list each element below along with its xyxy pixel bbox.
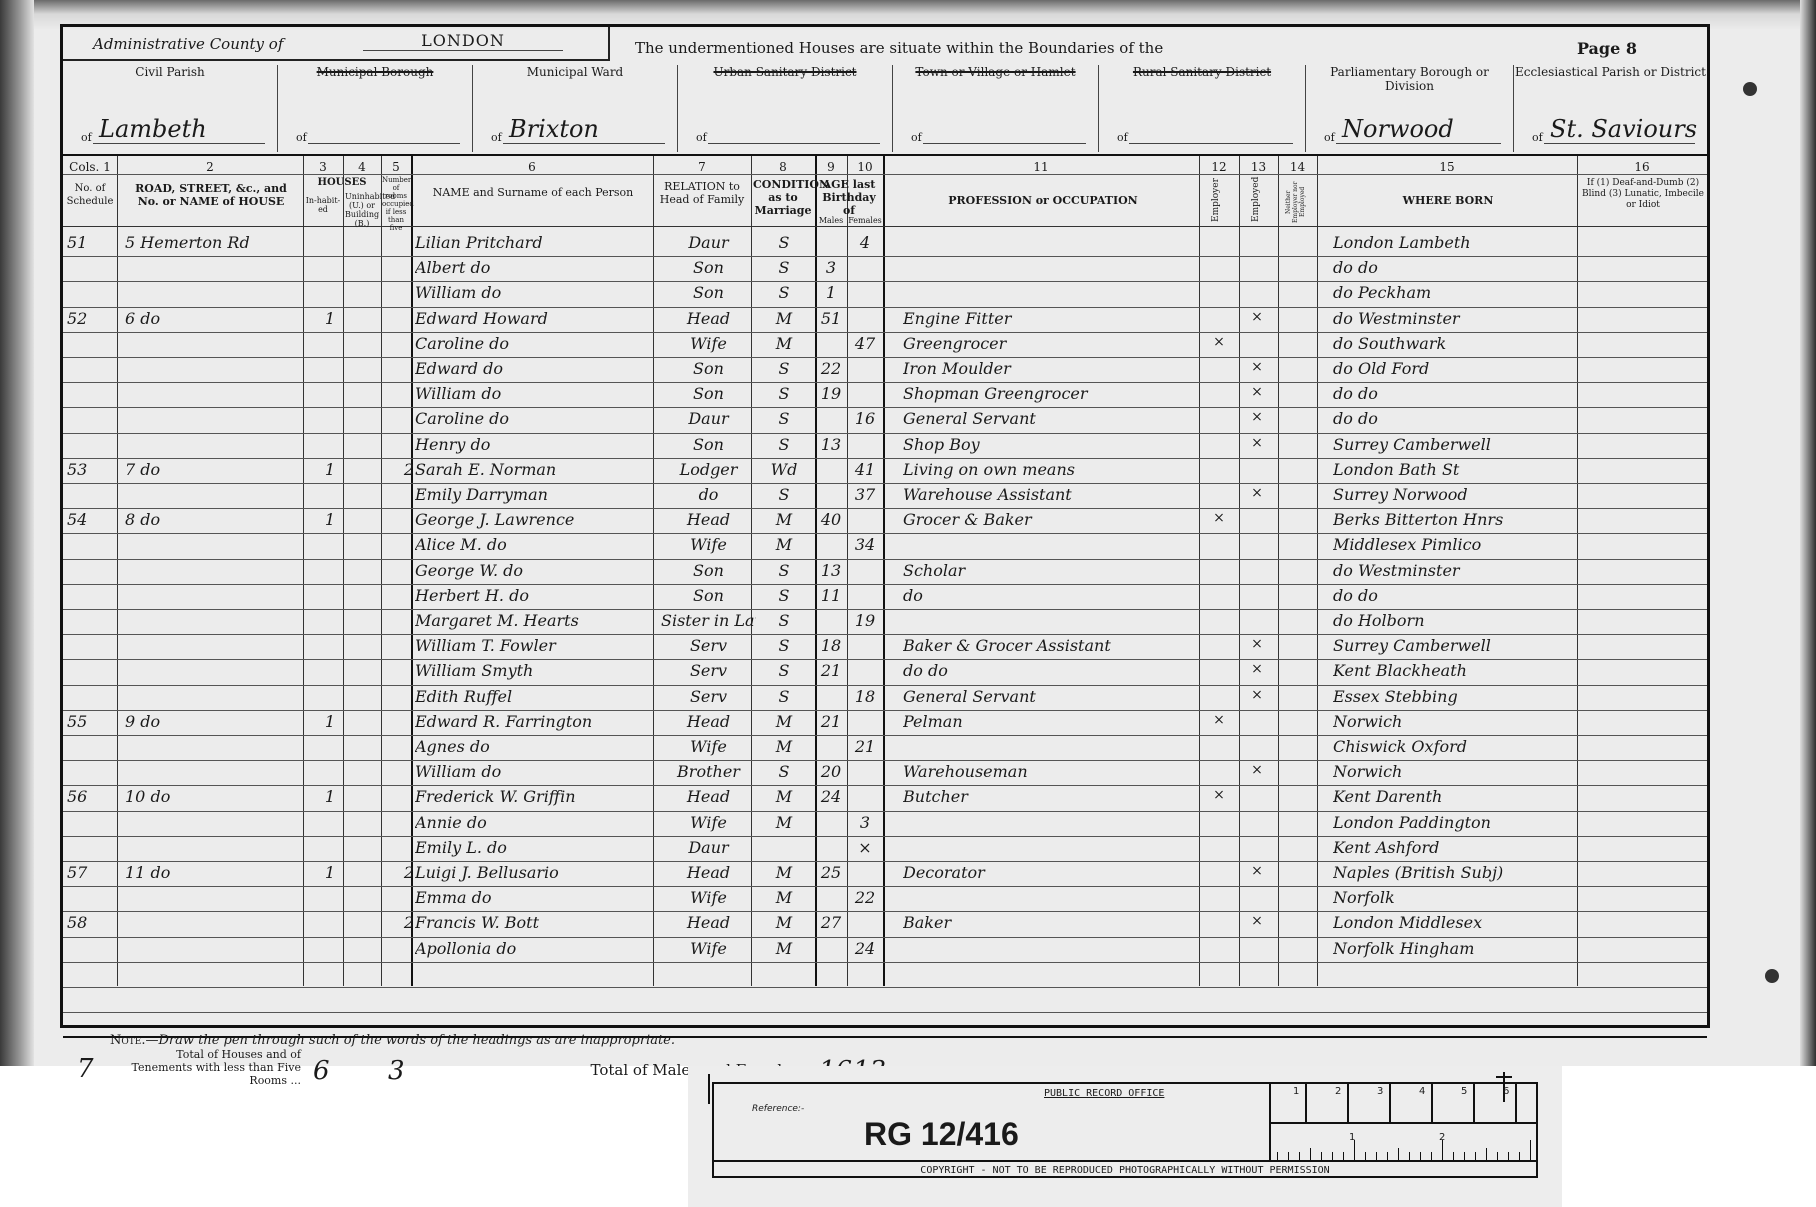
- copyright-notice: COPYRIGHT - NOT TO BE REPRODUCED PHOTOGR…: [714, 1160, 1536, 1180]
- schedule-number: 51: [67, 233, 113, 252]
- relation: Wife: [661, 334, 756, 353]
- header-rooms: Number of rooms occupied if less than fi…: [382, 176, 410, 232]
- census-table: Cols. 1 2 3 4 5 6 7 8 9 10 11 12 13 14 1…: [63, 154, 1707, 986]
- occupation: Shopman Greengrocer: [903, 384, 1203, 403]
- where-born: Norwich: [1333, 762, 1593, 781]
- age-male: 51: [815, 309, 847, 328]
- header-where-born: WHERE BORN: [1333, 194, 1563, 207]
- age-male: 22: [815, 359, 847, 378]
- occupation: do do: [903, 661, 1203, 680]
- table-row: 548 do1George J. LawrenceHeadM40Grocer &…: [63, 508, 1707, 533]
- scale-label: 2: [1335, 1086, 1341, 1097]
- reference-card: PUBLIC RECORD OFFICE Reference:- RG 12/4…: [688, 1066, 1562, 1207]
- occupation: Iron Moulder: [903, 359, 1203, 378]
- header-females: Females: [847, 216, 883, 225]
- table-row: Margaret M. HeartsSister in LawS19do Hol…: [63, 609, 1707, 634]
- schedule-number: 53: [67, 460, 113, 479]
- boundaries-text: The undermentioned Houses are situate wi…: [635, 39, 1163, 57]
- schedule-number: 54: [67, 510, 113, 529]
- table-row: Herbert H. doSonS11dodo do: [63, 584, 1707, 609]
- relation: Son: [661, 586, 756, 605]
- table-row: 5610 do1Frederick W. GriffinHeadM24Butch…: [63, 785, 1707, 810]
- relation: Head: [661, 913, 756, 932]
- age-female: 22: [849, 888, 881, 907]
- person-name: Edward do: [415, 359, 650, 378]
- table-row: 526 do1Edward HowardHeadM51Engine Fitter…: [63, 307, 1707, 332]
- person-name: Edward R. Farrington: [415, 712, 650, 731]
- table-row: 5711 do12Luigi J. BellusarioHeadM25Decor…: [63, 861, 1707, 886]
- where-born: do Old Ford: [1333, 359, 1593, 378]
- marital-condition: M: [753, 334, 815, 353]
- relation: Sister in Law: [661, 611, 756, 630]
- district-municipal-borough: Municipal Borough of: [278, 65, 473, 152]
- age-female: 21: [849, 737, 881, 756]
- age-male: 19: [815, 384, 847, 403]
- person-name: William do: [415, 283, 650, 302]
- employed-mark: ×: [1241, 409, 1273, 425]
- marital-condition: S: [753, 636, 815, 655]
- scale-label: 3: [1377, 1086, 1383, 1097]
- employed-mark: ×: [1241, 485, 1273, 501]
- occupation: Pelman: [903, 712, 1203, 731]
- road-address: 6 do: [125, 309, 305, 328]
- where-born: do do: [1333, 384, 1593, 403]
- census-form: Administrative County of LONDON The unde…: [60, 24, 1710, 1028]
- relation: Head: [661, 863, 756, 882]
- occupation: Shop Boy: [903, 435, 1203, 454]
- road-address: 8 do: [125, 510, 305, 529]
- header-houses: HOUSES: [303, 176, 381, 189]
- header-employer: Employer: [1211, 182, 1221, 222]
- marital-condition: S: [753, 586, 815, 605]
- schedule-number: 57: [67, 863, 113, 882]
- marital-condition: S: [753, 258, 815, 277]
- person-name: Herbert H. do: [415, 586, 650, 605]
- marital-condition: M: [753, 813, 815, 832]
- where-born: Berks Bitterton Hnrs: [1333, 510, 1593, 529]
- relation: Daur: [661, 838, 756, 857]
- where-born: do do: [1333, 258, 1593, 277]
- county-box: Administrative County of LONDON: [63, 27, 610, 61]
- district-value: St. Saviours: [1544, 115, 1695, 144]
- relation: Daur: [661, 233, 756, 252]
- road-address: 5 Hemerton Rd: [125, 233, 305, 252]
- table-row: William doSonS19Shopman Greengrocer×do d…: [63, 382, 1707, 407]
- occupation: Scholar: [903, 561, 1203, 580]
- relation: Son: [661, 283, 756, 302]
- person-name: George W. do: [415, 561, 650, 580]
- employed-mark: ×: [1241, 359, 1273, 375]
- where-born: Kent Ashford: [1333, 838, 1593, 857]
- person-name: Sarah E. Norman: [415, 460, 650, 479]
- employer-mark: ×: [1203, 787, 1235, 803]
- person-name: Albert do: [415, 258, 650, 277]
- age-male: 40: [815, 510, 847, 529]
- marital-condition: S: [753, 283, 815, 302]
- person-name: Caroline do: [415, 334, 650, 353]
- marital-condition: M: [753, 309, 815, 328]
- marital-condition: M: [753, 939, 815, 958]
- marital-condition: Wd: [753, 460, 815, 479]
- relation: Wife: [661, 939, 756, 958]
- occupation: Greengrocer: [903, 334, 1203, 353]
- district-value: Brixton: [503, 115, 665, 144]
- table-row: William doSonS1do Peckham: [63, 281, 1707, 306]
- person-name: Apollonia do: [415, 939, 650, 958]
- occupation: Baker & Grocer Assistant: [903, 636, 1203, 655]
- relation: Son: [661, 435, 756, 454]
- where-born: Surrey Camberwell: [1333, 435, 1593, 454]
- employer-mark: ×: [1203, 510, 1235, 526]
- relation: Head: [661, 510, 756, 529]
- relation: Serv: [661, 687, 756, 706]
- occupation: Butcher: [903, 787, 1203, 806]
- table-row: Edward doSonS22Iron Moulder×do Old Ford: [63, 357, 1707, 382]
- relation: Head: [661, 787, 756, 806]
- age-male: 24: [815, 787, 847, 806]
- age-male: 18: [815, 636, 847, 655]
- table-row: Henry doSonS13Shop Boy×Surrey Camberwell: [63, 433, 1707, 458]
- person-name: Annie do: [415, 813, 650, 832]
- person-name: Frederick W. Griffin: [415, 787, 650, 806]
- table-row: Caroline doWifeM47Greengrocer×do Southwa…: [63, 332, 1707, 357]
- age-male: 13: [815, 561, 847, 580]
- age-female: 16: [849, 409, 881, 428]
- where-born: Norfolk: [1333, 888, 1593, 907]
- table-row: Emily DarrymandoS37Warehouse Assistant×S…: [63, 483, 1707, 508]
- occupation: Warehouse Assistant: [903, 485, 1203, 504]
- person-name: Caroline do: [415, 409, 650, 428]
- age-female: ×: [849, 838, 881, 857]
- age-male: 21: [815, 712, 847, 731]
- schedule-number: 56: [67, 787, 113, 806]
- road-address: 10 do: [125, 787, 305, 806]
- marital-condition: S: [753, 359, 815, 378]
- where-born: Kent Darenth: [1333, 787, 1593, 806]
- table-row: William SmythServS21do do×Kent Blackheat…: [63, 659, 1707, 684]
- relation: Wife: [661, 813, 756, 832]
- employer-mark: ×: [1203, 712, 1235, 728]
- employed-mark: ×: [1241, 762, 1273, 778]
- district-ecclesiastical: Ecclesiastical Parish or District of St.…: [1514, 65, 1707, 152]
- total-houses: 6: [313, 1056, 330, 1086]
- person-name: Margaret M. Hearts: [415, 611, 650, 630]
- table-row: 515 Hemerton RdLilian PritchardDaurS4Lon…: [63, 231, 1707, 256]
- table-row: Annie doWifeM3London Paddington: [63, 811, 1707, 836]
- relation: Head: [661, 712, 756, 731]
- scale-label: 4: [1419, 1086, 1425, 1097]
- age-male: 25: [815, 863, 847, 882]
- occupation: Warehouseman: [903, 762, 1203, 781]
- where-born: London Bath St: [1333, 460, 1593, 479]
- binding-hole-icon: [1743, 82, 1757, 96]
- where-born: do do: [1333, 586, 1593, 605]
- header-relation: RELATION to Head of Family: [657, 180, 747, 206]
- table-row: 582Francis W. BottHeadM27Baker×London Mi…: [63, 911, 1707, 936]
- table-row: William T. FowlerServS18Baker & Grocer A…: [63, 634, 1707, 659]
- road-address: 9 do: [125, 712, 305, 731]
- header-occupation: PROFESSION or OCCUPATION: [903, 194, 1183, 207]
- marital-condition: S: [753, 485, 815, 504]
- age-female: 34: [849, 535, 881, 554]
- relation: Wife: [661, 737, 756, 756]
- person-name: William do: [415, 762, 650, 781]
- reference-number: RG 12/416: [864, 1116, 1019, 1153]
- occupation: Baker: [903, 913, 1203, 932]
- age-female: 37: [849, 485, 881, 504]
- marital-condition: M: [753, 712, 815, 731]
- header-employed: Employed: [1251, 182, 1261, 222]
- table-row: 537 do12Sarah E. NormanLodgerWd41Living …: [63, 458, 1707, 483]
- marital-condition: S: [753, 561, 815, 580]
- where-born: Norwich: [1333, 712, 1593, 731]
- relation: Serv: [661, 661, 756, 680]
- age-male: 13: [815, 435, 847, 454]
- table-row: Emily L. doDaur×Kent Ashford: [63, 836, 1707, 861]
- employed-mark: ×: [1241, 661, 1273, 677]
- occupation: General Servant: [903, 409, 1203, 428]
- person-name: Edith Ruffel: [415, 687, 650, 706]
- district-value: Lambeth: [93, 115, 265, 144]
- age-female: 19: [849, 611, 881, 630]
- marital-condition: S: [753, 409, 815, 428]
- employed-mark: ×: [1241, 384, 1273, 400]
- age-male: 11: [815, 586, 847, 605]
- total-schedules: 7: [77, 1054, 94, 1084]
- person-name: George J. Lawrence: [415, 510, 650, 529]
- page-edge-shadow: [1800, 0, 1816, 1066]
- page-edge-shadow: [0, 0, 34, 1066]
- marital-condition: S: [753, 661, 815, 680]
- public-record-office: PUBLIC RECORD OFFICE: [1044, 1088, 1164, 1099]
- inhabited-count: 1: [313, 787, 347, 806]
- marital-condition: S: [753, 233, 815, 252]
- table-row: 559 do1Edward R. FarringtonHeadM21Pelman…: [63, 710, 1707, 735]
- table-row: Edith RuffelServS18General Servant×Essex…: [63, 685, 1707, 710]
- relation: Daur: [661, 409, 756, 428]
- binding-hole-icon: [1765, 969, 1779, 983]
- age-male: 21: [815, 661, 847, 680]
- county-value: LONDON: [363, 31, 563, 51]
- total-tenements: 3: [388, 1056, 405, 1086]
- header-inhabited: In-habit-ed: [305, 196, 341, 214]
- table-row: Apollonia doWifeM24Norfolk Hingham: [63, 937, 1707, 962]
- relation: Lodger: [661, 460, 756, 479]
- inhabited-count: 1: [313, 309, 347, 328]
- person-name: William do: [415, 384, 650, 403]
- header-road: ROAD, STREET, &c., and No. or NAME of HO…: [123, 182, 299, 208]
- person-name: Agnes do: [415, 737, 650, 756]
- where-born: Surrey Norwood: [1333, 485, 1593, 504]
- person-name: Francis W. Bott: [415, 913, 650, 932]
- scale-label: 1: [1349, 1132, 1355, 1143]
- relation: Wife: [661, 535, 756, 554]
- table-row: Agnes doWifeM21Chiswick Oxford: [63, 735, 1707, 760]
- where-born: Essex Stebbing: [1333, 687, 1593, 706]
- age-female: 41: [849, 460, 881, 479]
- person-name: Emma do: [415, 888, 650, 907]
- employed-mark: ×: [1241, 636, 1273, 652]
- header-infirmity: If (1) Deaf-and-Dumb (2) Blind (3) Lunat…: [1581, 178, 1705, 211]
- person-name: Luigi J. Bellusario: [415, 863, 650, 882]
- where-born: London Paddington: [1333, 813, 1593, 832]
- age-female: 3: [849, 813, 881, 832]
- schedule-number: 58: [67, 913, 113, 932]
- header-males: Males: [815, 216, 847, 225]
- district-value: Norwood: [1336, 115, 1501, 144]
- occupation: Engine Fitter: [903, 309, 1203, 328]
- inhabited-count: 1: [313, 510, 347, 529]
- district-rural-sanitary: Rural Sanitary District of: [1099, 65, 1306, 152]
- age-female: 24: [849, 939, 881, 958]
- person-name: Lilian Pritchard: [415, 233, 650, 252]
- scale-label: 6: [1503, 1086, 1509, 1097]
- table-row: Alice M. doWifeM34Middlesex Pimlico: [63, 533, 1707, 558]
- where-born: London Middlesex: [1333, 913, 1593, 932]
- where-born: Chiswick Oxford: [1333, 737, 1593, 756]
- marital-condition: S: [753, 435, 815, 454]
- marital-condition: S: [753, 611, 815, 630]
- marital-condition: M: [753, 863, 815, 882]
- relation: Son: [661, 359, 756, 378]
- where-born: Surrey Camberwell: [1333, 636, 1593, 655]
- where-born: Naples (British Subj): [1333, 863, 1593, 882]
- header-name: NAME and Surname of each Person: [423, 186, 643, 199]
- scale-label: 2: [1439, 1132, 1445, 1143]
- district-parliamentary: Parliamentary Borough or Division of Nor…: [1306, 65, 1514, 152]
- relation: Brother: [661, 762, 756, 781]
- total-houses-label: Total of Houses and of Tenements with le…: [121, 1048, 301, 1087]
- district-town-village: Town or Village or Hamlet of: [893, 65, 1099, 152]
- person-name: William Smyth: [415, 661, 650, 680]
- district-civil-parish: Civil Parish of Lambeth: [63, 65, 278, 152]
- header-age: AGE last Birthday of: [815, 178, 883, 217]
- table-row: Albert doSonS3do do: [63, 256, 1707, 281]
- table-row: William doBrotherS20Warehouseman×Norwich: [63, 760, 1707, 785]
- occupation: Living on own means: [903, 460, 1203, 479]
- inhabited-count: 1: [313, 863, 347, 882]
- where-born: do Westminster: [1333, 309, 1593, 328]
- where-born: Norfolk Hingham: [1333, 939, 1593, 958]
- marital-condition: M: [753, 888, 815, 907]
- employed-mark: ×: [1241, 687, 1273, 703]
- table-row: Emma doWifeM22Norfolk: [63, 886, 1707, 911]
- marital-condition: M: [753, 913, 815, 932]
- where-born: do do: [1333, 409, 1593, 428]
- inhabited-count: 1: [313, 712, 347, 731]
- relation: Serv: [661, 636, 756, 655]
- age-male: 1: [815, 283, 847, 302]
- where-born: Middlesex Pimlico: [1333, 535, 1593, 554]
- occupation: Decorator: [903, 863, 1203, 882]
- marital-condition: M: [753, 787, 815, 806]
- district-municipal-ward: Municipal Ward of Brixton: [473, 65, 678, 152]
- header-condition: CONDITION as to Marriage: [753, 178, 813, 217]
- person-name: Alice M. do: [415, 535, 650, 554]
- header-schedule: No. of Schedule: [65, 182, 115, 208]
- page-number: Page 8: [1577, 39, 1637, 58]
- occupation: Grocer & Baker: [903, 510, 1203, 529]
- person-name: Emily Darryman: [415, 485, 650, 504]
- relation: Son: [661, 384, 756, 403]
- where-born: London Lambeth: [1333, 233, 1593, 252]
- where-born: do Southwark: [1333, 334, 1593, 353]
- district-urban-sanitary: Urban Sanitary District of: [678, 65, 893, 152]
- where-born: do Peckham: [1333, 283, 1593, 302]
- measurement-scale: 123456 12: [1271, 1084, 1536, 1160]
- road-address: 11 do: [125, 863, 305, 882]
- inhabited-count: 1: [313, 460, 347, 479]
- employed-mark: ×: [1241, 435, 1273, 451]
- where-born: do Westminster: [1333, 561, 1593, 580]
- occupation: do: [903, 586, 1203, 605]
- schedule-number: 52: [67, 309, 113, 328]
- marital-condition: S: [753, 687, 815, 706]
- marital-condition: M: [753, 535, 815, 554]
- county-label: Administrative County of: [93, 35, 283, 53]
- reference-label: Reference:-: [752, 1104, 804, 1114]
- occupation: General Servant: [903, 687, 1203, 706]
- person-name: Edward Howard: [415, 309, 650, 328]
- marital-condition: S: [753, 384, 815, 403]
- age-male: 27: [815, 913, 847, 932]
- scale-label: 1: [1293, 1086, 1299, 1097]
- where-born: Kent Blackheath: [1333, 661, 1593, 680]
- relation: Wife: [661, 888, 756, 907]
- marital-condition: M: [753, 510, 815, 529]
- schedule-number: 55: [67, 712, 113, 731]
- road-address: 7 do: [125, 460, 305, 479]
- age-female: 47: [849, 334, 881, 353]
- employed-mark: ×: [1241, 913, 1273, 929]
- relation: do: [661, 485, 756, 504]
- marital-condition: S: [753, 762, 815, 781]
- age-female: 18: [849, 687, 881, 706]
- where-born: do Holborn: [1333, 611, 1593, 630]
- census-page: Administrative County of LONDON The unde…: [0, 0, 1816, 1066]
- employed-mark: ×: [1241, 309, 1273, 325]
- note: Note.—Draw the pen through such of the w…: [110, 1033, 675, 1048]
- employed-mark: ×: [1241, 863, 1273, 879]
- header-uninhabited: Uninhabited (U.) or Building (B.): [345, 192, 379, 228]
- marital-condition: M: [753, 737, 815, 756]
- relation: Son: [661, 258, 756, 277]
- relation: Son: [661, 561, 756, 580]
- age-male: 3: [815, 258, 847, 277]
- table-row: George W. doSonS13Scholardo Westminster: [63, 559, 1707, 584]
- header-neither: Neither Employer nor Employed: [1285, 180, 1309, 224]
- age-female: 4: [849, 233, 881, 252]
- table-row: Caroline doDaurS16General Servant×do do: [63, 407, 1707, 432]
- scale-label: 5: [1461, 1086, 1467, 1097]
- person-name: William T. Fowler: [415, 636, 650, 655]
- age-male: 20: [815, 762, 847, 781]
- person-name: Emily L. do: [415, 838, 650, 857]
- relation: Head: [661, 309, 756, 328]
- employer-mark: ×: [1203, 334, 1235, 350]
- person-name: Henry do: [415, 435, 650, 454]
